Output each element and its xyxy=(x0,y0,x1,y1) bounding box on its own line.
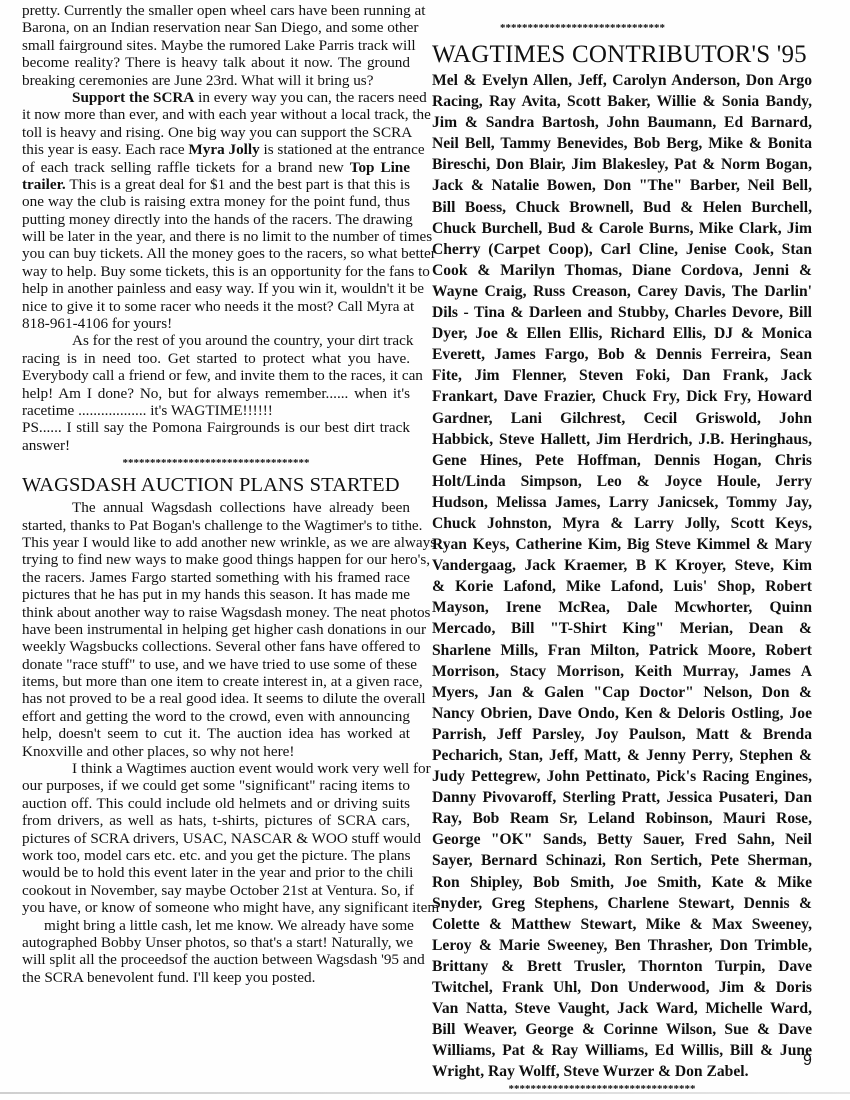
contributor-line: Parrish, Jeff Parsley, Joy Paulson, Matt… xyxy=(432,724,812,745)
contributor-line: Dyer, Joe & Ellen Ellis, Richard Ellis, … xyxy=(432,323,812,344)
text-line: think about another way to raise Wagsdas… xyxy=(22,604,410,621)
contributor-line: Judy Pettegrew, John Pettinato, Pick's R… xyxy=(432,766,812,787)
text-line: started, thanks to Pat Bogan's challenge… xyxy=(22,517,410,534)
newsletter-page: pretty. Currently the smaller open wheel… xyxy=(0,0,850,1100)
contributor-line: Williams, Pat & Ray Williams, Ed Willis,… xyxy=(432,1040,812,1061)
text-line: trailer. This is a great deal for $1 and… xyxy=(22,176,410,193)
text-span: of each track selling raffle tickets for… xyxy=(22,159,350,176)
auction-paragraph-2: I think a Wagtimes auction event would w… xyxy=(22,760,410,986)
contributor-line: Gardner, Lani Gilchrest, Cecil Griswold,… xyxy=(432,408,812,429)
text-line: it now more than ever, and with each yea… xyxy=(22,106,410,123)
text-line: auction off. This could include old helm… xyxy=(22,795,410,812)
text-line: cookout in November, say maybe October 2… xyxy=(22,882,410,899)
text-line: will be later in the year, and there is … xyxy=(22,228,410,245)
top-line-emphasis: Top Line xyxy=(350,159,410,176)
text-line: become reality? There is heavy talk abou… xyxy=(22,54,410,71)
text-line: of each track selling raffle tickets for… xyxy=(22,159,410,176)
text-line: would be to hold this event later in the… xyxy=(22,864,410,881)
text-line: effort and getting the word to the crowd… xyxy=(22,708,410,725)
contributor-line: Everett, James Fargo, Bob & Dennis Ferre… xyxy=(432,344,812,365)
text-line: from drivers, as well as hats, t-shirts,… xyxy=(22,812,410,829)
text-line: might bring a little cash, let me know. … xyxy=(22,917,410,934)
phone-number-line: 818-961-4106 for yours! xyxy=(22,315,410,332)
contributors-list: Mel & Evelyn Allen, Jeff, Carolyn Anders… xyxy=(432,70,812,1061)
auction-paragraph-1: The annual Wagsdash collections have alr… xyxy=(22,499,410,760)
text-line: pictures that he has put in my hands thi… xyxy=(22,586,410,603)
contributor-line: Wayne Craig, Russ Creason, Carey Davis, … xyxy=(432,281,812,302)
text-line: you can buy tickets. All the money goes … xyxy=(22,245,410,262)
text-line: small fairground sites. Maybe the rumore… xyxy=(22,37,410,54)
contributor-line: Mercado, Bill "T-Shirt King" Merian, Dea… xyxy=(432,618,812,639)
trailer-emphasis: trailer. xyxy=(22,176,66,193)
myra-jolly-emphasis: Myra Jolly xyxy=(188,141,259,158)
contributor-line: Pecharich, Stan, Jeff, Matt, & Jenny Per… xyxy=(432,745,812,766)
text-line: putting money directly into the hands of… xyxy=(22,211,410,228)
contributor-line: Cherry (Carpet Coop), Carl Cline, Jenise… xyxy=(432,239,812,260)
text-line: will split all the proceedsof the auctio… xyxy=(22,951,410,968)
contributor-line: Ryan Keys, Catherine Kim, Big Steve Kimm… xyxy=(432,534,812,555)
contributor-line: Van Natta, Steve Vaught, Jack Ward, Mich… xyxy=(432,998,812,1019)
text-line: has not proved to be a real good idea. I… xyxy=(22,690,410,707)
text-line: Barona, on an Indian reservation near Sa… xyxy=(22,19,410,36)
page-number: 9 xyxy=(803,1052,812,1070)
text-line: items, but more than one item to create … xyxy=(22,673,410,690)
text-line: The annual Wagsdash collections have alr… xyxy=(22,499,410,516)
text-span: This is a great deal for $1 and the best… xyxy=(66,176,410,193)
right-column: ****************************** WAGTIMES … xyxy=(432,22,812,1095)
contributor-line: Bireschi, Don Blair, Jim Blakesley, Pat … xyxy=(432,154,812,175)
text-line: racing is in need too. Get started to pr… xyxy=(22,350,410,367)
text-line: weekly Wagsbucks collections. Several ot… xyxy=(22,638,410,655)
text-span: is stationed at the entrance xyxy=(260,141,425,158)
contributor-line: Chuck Johnston, Myra & Larry Jolly, Scot… xyxy=(432,513,812,534)
country-paragraph: As for the rest of you around the countr… xyxy=(22,332,410,454)
text-line: breaking ceremonies are June 23rd. What … xyxy=(22,72,410,89)
text-line: our purposes, if we could get some "sign… xyxy=(22,777,410,794)
contributor-line: Dils - Tina & Darleen and Stubby, Charle… xyxy=(432,302,812,323)
text-line: work too, model cars etc. etc. and you g… xyxy=(22,847,410,864)
contributor-line: Chuck Burchell, Bud & Carole Burns, Mike… xyxy=(432,218,812,239)
contributors-heading: WAGTIMES CONTRIBUTOR'S '95 xyxy=(432,40,812,70)
contributor-line: Ron Shipley, Bob Smith, Joe Smith, Kate … xyxy=(432,872,812,893)
text-line: nice to give it to some racer who needs … xyxy=(22,298,410,315)
contributor-line: Habbick, Steve Hallett, Jim Herdrich, J.… xyxy=(432,429,812,450)
asterisk-separator: ********************************** xyxy=(22,457,410,469)
contributor-line: Bill Boess, Chuck Brownell, Bud & Helen … xyxy=(432,197,812,218)
contributor-line: Nancy Obrien, Dave Ondo, Ken & Deloris O… xyxy=(432,703,812,724)
text-line: As for the rest of you around the countr… xyxy=(22,332,410,349)
asterisk-separator-top: ****************************** xyxy=(432,22,812,34)
text-span: this year is easy. Each race xyxy=(22,141,188,158)
text-line: trying to find new ways to make good thi… xyxy=(22,551,410,568)
contributor-line: Racing, Ray Avita, Scott Baker, Willie &… xyxy=(432,91,812,112)
contributor-line: Sharlene Mills, Fran Milton, Patrick Moo… xyxy=(432,640,812,661)
text-line: autographed Bobby Unser photos, so that'… xyxy=(22,934,410,951)
contributor-line: Morrison, Stacy Morrison, Keith Murray, … xyxy=(432,661,812,682)
contributor-line: Bill Weaver, George & Corinne Wilson, Su… xyxy=(432,1019,812,1040)
auction-heading: WAGSDASH AUCTION PLANS STARTED xyxy=(22,473,410,497)
contributor-line: Ray, Bob Ream Sr, Leland Robinson, Mauri… xyxy=(432,808,812,829)
intro-paragraph: pretty. Currently the smaller open wheel… xyxy=(22,2,410,89)
text-line: one way the club is raising extra money … xyxy=(22,193,410,210)
text-line: this year is easy. Each race Myra Jolly … xyxy=(22,141,410,158)
support-scra-emphasis: Support the SCRA xyxy=(72,89,194,106)
page-edge-divider xyxy=(0,1092,850,1094)
contributor-line: & Korie Lafond, Mike Lafond, Luis' Shop,… xyxy=(432,576,812,597)
contributor-line: Mel & Evelyn Allen, Jeff, Carolyn Anders… xyxy=(432,70,812,91)
text-line: pictures of SCRA drivers, USAC, NASCAR &… xyxy=(22,830,410,847)
text-line: the racers. James Fargo started somethin… xyxy=(22,569,410,586)
contributor-line: Brittany & Brett Trusler, Thornton Turpi… xyxy=(432,956,812,977)
text-line: help in another painless and easy way. I… xyxy=(22,280,410,297)
contributor-line: Gene Hines, Pete Hoffman, Dennis Hogan, … xyxy=(432,450,812,471)
contributor-line: Hudson, Melissa James, Larry Janicsek, T… xyxy=(432,492,812,513)
contributor-line: Vandergaag, Jack Kraemer, B K Kroyer, St… xyxy=(432,555,812,576)
text-line: Everybody call a friend or few, and invi… xyxy=(22,367,410,384)
ps-line: PS...... I still say the Pomona Fairgrou… xyxy=(22,419,410,436)
contributor-line: Fite, Jim Flenner, Steven Foki, Dan Fran… xyxy=(432,365,812,386)
contributor-line: Frankart, Dave Frazier, Chuck Fry, Dick … xyxy=(432,386,812,407)
contributor-line: Jim & Sandra Bartosh, John Baumann, Ed B… xyxy=(432,112,812,133)
contributor-line: Leroy & Marie Sweeney, Ben Thrasher, Don… xyxy=(432,935,812,956)
text-line: toll is heavy and rising. One big way yo… xyxy=(22,124,410,141)
contributor-line: Colette & Matthew Stewart, Mike & Max Sw… xyxy=(432,914,812,935)
contributor-line: Neil Bell, Tammy Benevides, Bob Berg, Mi… xyxy=(432,133,812,154)
text-line: way to help. Buy some tickets, this is a… xyxy=(22,263,410,280)
text-line: donate "race stuff" to use, and we have … xyxy=(22,656,410,673)
text-line: racetime .................. it's WAGTIME… xyxy=(22,402,410,419)
text-line: have been instrumental in helping get hi… xyxy=(22,621,410,638)
contributor-line: Danny Pivovaroff, Sterling Pratt, Jessic… xyxy=(432,787,812,808)
text-line: help, doesn't seem to cut it. The auctio… xyxy=(22,725,410,742)
contributors-last-line: Wright, Ray Wolff, Steve Wurzer & Don Za… xyxy=(432,1061,812,1082)
contributor-line: Mayson, Irene McRea, Dale Mcwhorter, Qui… xyxy=(432,597,812,618)
text-line: I think a Wagtimes auction event would w… xyxy=(22,760,410,777)
text-line: help! Am I done? No, but for always reme… xyxy=(22,385,410,402)
contributor-line: Jack & Natalie Bowen, Don "The" Barber, … xyxy=(432,175,812,196)
contributor-line: George "OK" Sands, Betty Sauer, Fred Sah… xyxy=(432,829,812,850)
support-scra-paragraph: Support the SCRA in every way you can, t… xyxy=(22,89,410,332)
contributor-line: Myers, Jan & Galen "Cap Doctor" Nelson, … xyxy=(432,682,812,703)
text-line: This year I would like to add another ne… xyxy=(22,534,410,551)
contributor-line: Snyder, Greg Stephens, Charlene Stewart,… xyxy=(432,893,812,914)
text-line: Knoxville and other places, so why not h… xyxy=(22,743,410,760)
contributor-line: Sayer, Bernard Schinazi, Ron Sertich, Pe… xyxy=(432,850,812,871)
text-line: you have, or know of someone who might h… xyxy=(22,899,410,916)
text-span: in every way you can, the racers need xyxy=(194,89,426,106)
contributor-line: Cook & Marilyn Thomas, Diane Cordova, Je… xyxy=(432,260,812,281)
text-line: the SCRA benevolent fund. I'll keep you … xyxy=(22,969,410,986)
left-column: pretty. Currently the smaller open wheel… xyxy=(22,2,410,986)
text-line: pretty. Currently the smaller open wheel… xyxy=(22,2,410,19)
text-line: Support the SCRA in every way you can, t… xyxy=(22,89,410,106)
contributor-line: Twitchel, Frank Uhl, Don Underwood, Jim … xyxy=(432,977,812,998)
contributor-line: Holt/Linda Simpson, Leo & Joyce Houle, J… xyxy=(432,471,812,492)
ps-line: answer! xyxy=(22,437,410,454)
